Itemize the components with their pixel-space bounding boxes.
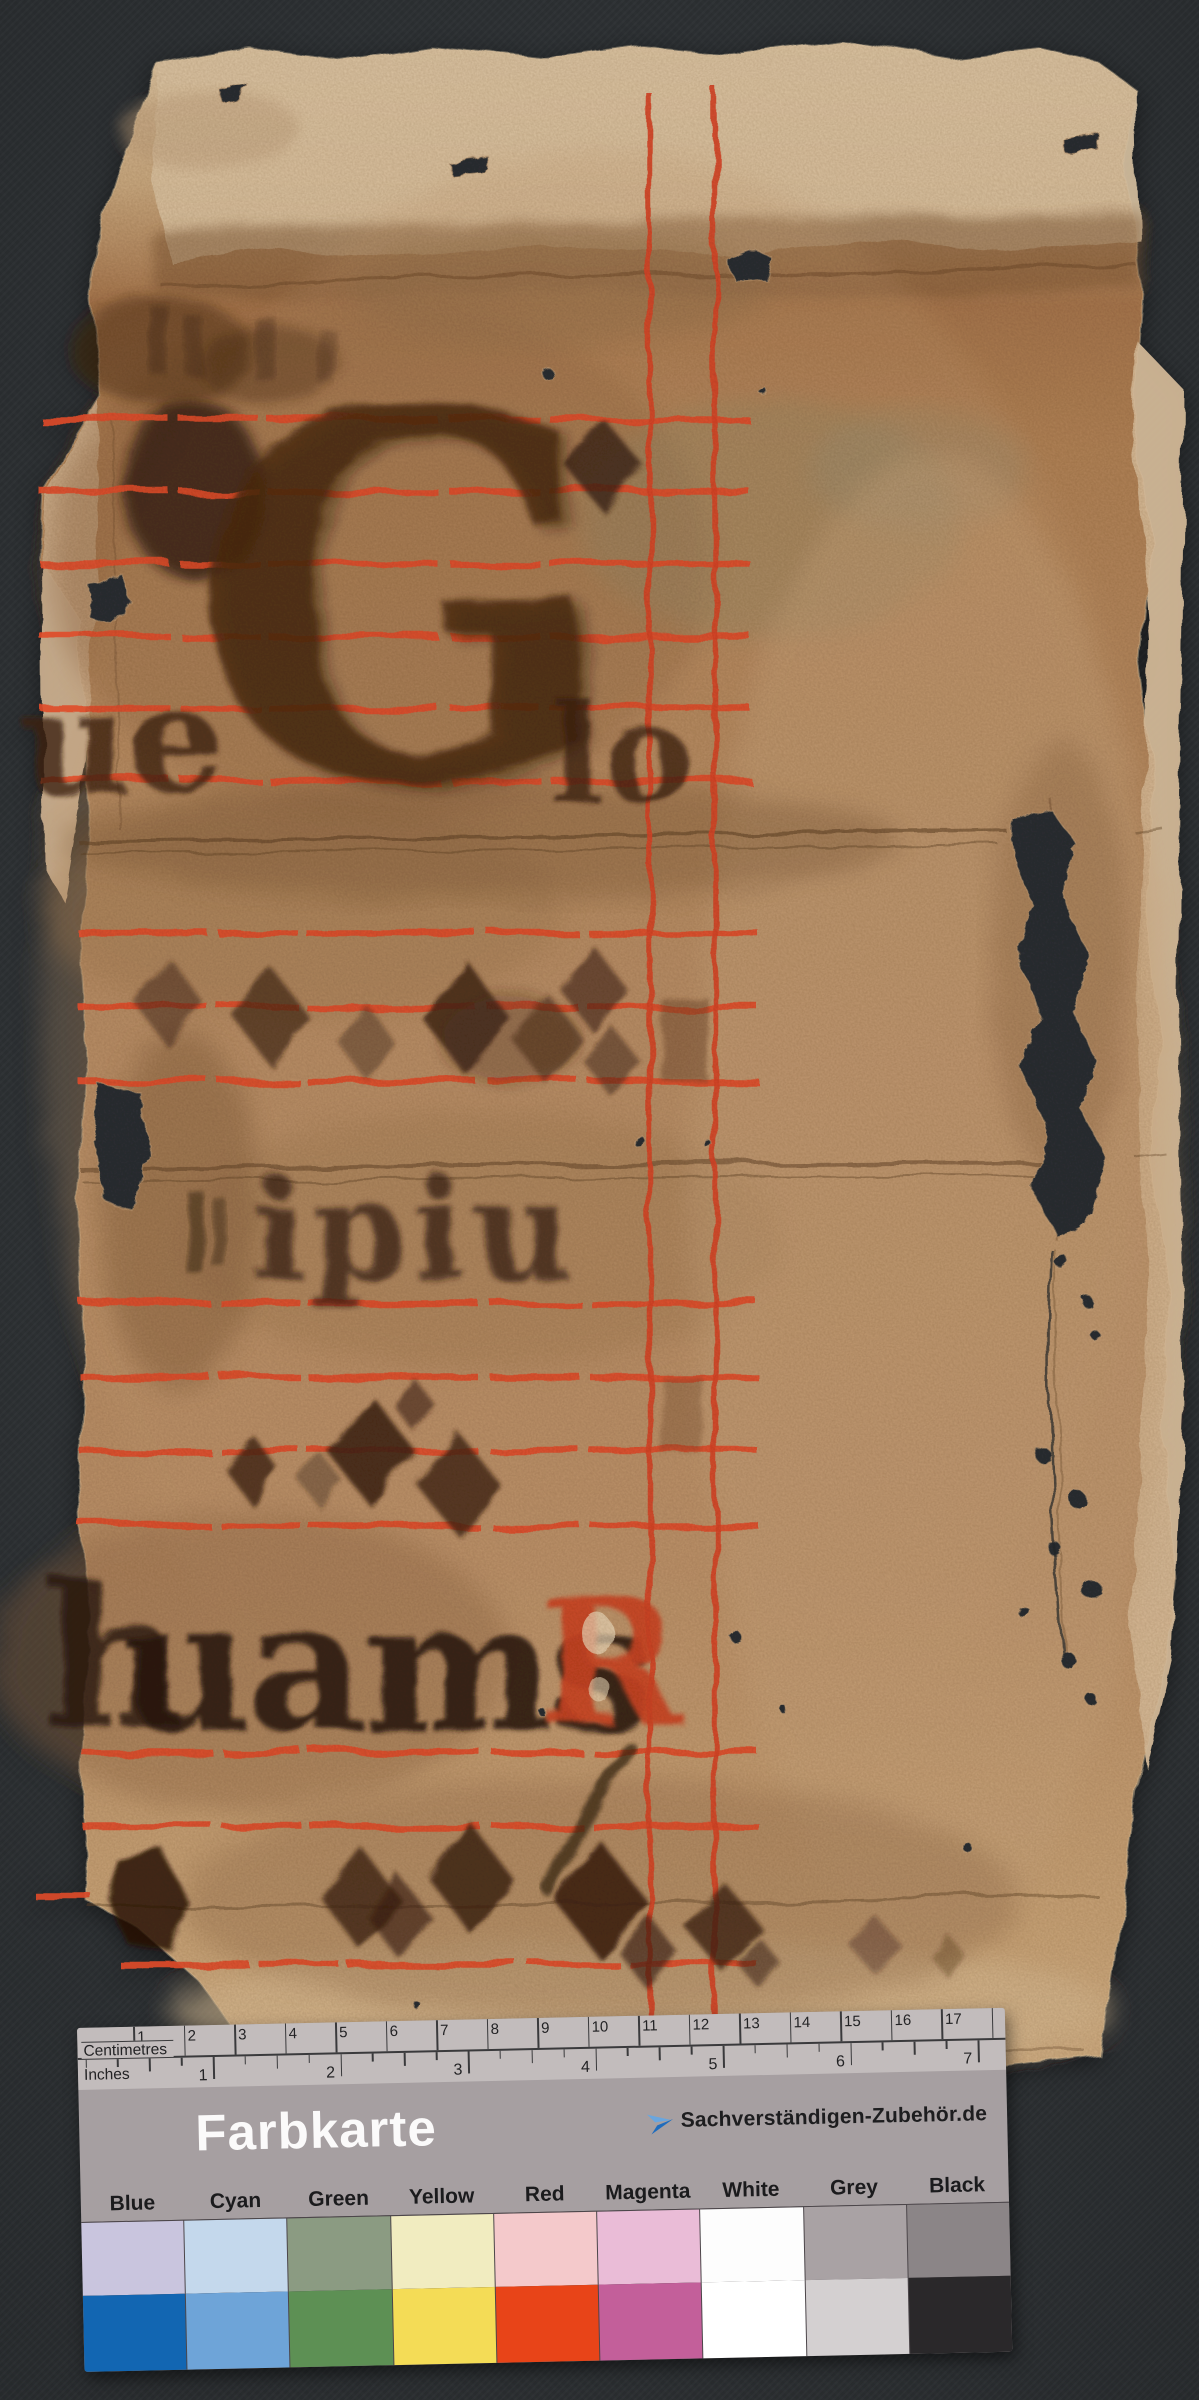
cm-tick <box>486 2019 488 2049</box>
cm-tick <box>840 2011 842 2041</box>
cm-number: 5 <box>339 2024 348 2041</box>
inch-quarter-tick <box>882 2042 884 2050</box>
cm-tick <box>991 2008 993 2038</box>
cm-tick <box>941 2009 943 2039</box>
cm-tick <box>587 2017 589 2047</box>
color-name-blue: Blue <box>81 2191 185 2217</box>
patch-light-cyan <box>184 2218 288 2293</box>
inch-quarter-tick <box>181 2058 183 2066</box>
patch-light-grey <box>804 2205 908 2280</box>
inch-quarter-tick <box>372 2054 374 2062</box>
patch-light-magenta <box>597 2209 701 2284</box>
inch-quarter-tick <box>308 2055 310 2063</box>
patch-saturated-cyan <box>186 2291 290 2369</box>
cm-tick <box>537 2018 539 2048</box>
cm-number: 12 <box>692 2016 709 2033</box>
patch-light-yellow <box>391 2214 495 2289</box>
inch-quarter-tick <box>499 2051 501 2059</box>
color-name-red: Red <box>493 2182 597 2208</box>
cm-tick <box>638 2016 640 2046</box>
patch-light-green <box>288 2216 392 2291</box>
patch-light-red <box>494 2212 598 2287</box>
color-name-grey: Grey <box>802 2175 906 2201</box>
patch-saturated-red <box>496 2285 600 2363</box>
color-calibration-card: Centimetres Inches 123456789101112131415… <box>77 2008 1012 2372</box>
parchment: G G ue lo <box>0 40 1184 2080</box>
inches-label: Inches <box>82 2067 136 2083</box>
inch-quarter-tick <box>436 2052 438 2060</box>
patch-saturated-grey <box>805 2278 909 2356</box>
patch-saturated-white <box>702 2280 806 2358</box>
cm-number: 7 <box>440 2022 449 2039</box>
inch-number: 6 <box>820 2053 860 2072</box>
inch-half-tick <box>531 2050 533 2063</box>
cm-number: 10 <box>591 2018 608 2035</box>
cm-tick <box>688 2015 690 2045</box>
inch-quarter-tick <box>754 2045 756 2053</box>
inch-number: 2 <box>310 2064 350 2083</box>
inch-quarter-tick <box>563 2049 565 2057</box>
inch-number: 4 <box>565 2058 605 2077</box>
brand-logo-icon <box>645 2107 676 2136</box>
color-name-white: White <box>699 2177 803 2203</box>
patch-light-white <box>700 2207 804 2282</box>
inch-half-tick <box>404 2053 406 2066</box>
patch-saturated-magenta <box>599 2282 703 2360</box>
inch-quarter-tick <box>946 2041 948 2049</box>
cm-number: 9 <box>541 2020 550 2037</box>
cm-tick <box>436 2020 438 2050</box>
centimetres-label: Centimetres <box>81 2040 173 2059</box>
patch-saturated-blue <box>83 2294 187 2372</box>
cm-tick <box>890 2010 892 2040</box>
color-name-green: Green <box>287 2186 391 2212</box>
cm-number: 13 <box>743 2015 760 2032</box>
cm-tick <box>284 2023 286 2053</box>
inch-number: 1 <box>183 2067 223 2086</box>
cm-number: 8 <box>490 2021 499 2038</box>
cm-tick <box>385 2021 387 2051</box>
cm-number: 17 <box>945 2011 962 2028</box>
inch-quarter-tick <box>691 2047 693 2055</box>
inch-number: 5 <box>693 2056 733 2075</box>
cm-number: 2 <box>188 2027 197 2044</box>
photo-stage: G G ue lo <box>0 0 1199 2400</box>
inch-half-tick <box>786 2044 788 2057</box>
cm-number: 6 <box>389 2023 398 2040</box>
cm-number: 15 <box>844 2013 861 2030</box>
cm-tick <box>335 2022 337 2052</box>
color-name-magenta: Magenta <box>596 2179 700 2205</box>
inch-half-tick <box>276 2056 278 2069</box>
brand: Sachverständigen-Zubehör.de <box>645 2100 987 2135</box>
patch-saturated-green <box>289 2289 393 2367</box>
inch-quarter-tick <box>818 2044 820 2052</box>
card-title: Farbkarte <box>195 2098 438 2162</box>
cm-tick <box>789 2012 791 2042</box>
inch-half-tick <box>149 2058 151 2071</box>
inch-quarter-tick <box>627 2048 629 2056</box>
cm-tick <box>739 2014 741 2044</box>
patch-light-black <box>907 2203 1011 2278</box>
brand-text: Sachverständigen-Zubehör.de <box>680 2102 987 2133</box>
cm-number: 11 <box>642 2017 658 2034</box>
cm-number: 3 <box>238 2026 247 2043</box>
cm-tick <box>183 2026 185 2056</box>
cm-number: 14 <box>793 2014 810 2031</box>
cm-number: 16 <box>894 2012 911 2029</box>
inch-quarter-tick <box>245 2056 247 2064</box>
patch-saturated-black <box>908 2276 1012 2354</box>
color-name-cyan: Cyan <box>184 2188 288 2214</box>
cm-number: 4 <box>288 2025 297 2042</box>
color-name-yellow: Yellow <box>390 2184 494 2210</box>
color-name-black: Black <box>905 2173 1009 2199</box>
ruler-divider <box>78 2038 1006 2060</box>
inch-number: 7 <box>948 2050 988 2069</box>
cm-tick <box>234 2025 236 2055</box>
patch-saturated-yellow <box>392 2287 496 2365</box>
inch-number: 3 <box>438 2061 478 2080</box>
patch-light-blue <box>81 2221 185 2296</box>
inch-half-tick <box>659 2047 661 2060</box>
inch-half-tick <box>914 2042 916 2055</box>
